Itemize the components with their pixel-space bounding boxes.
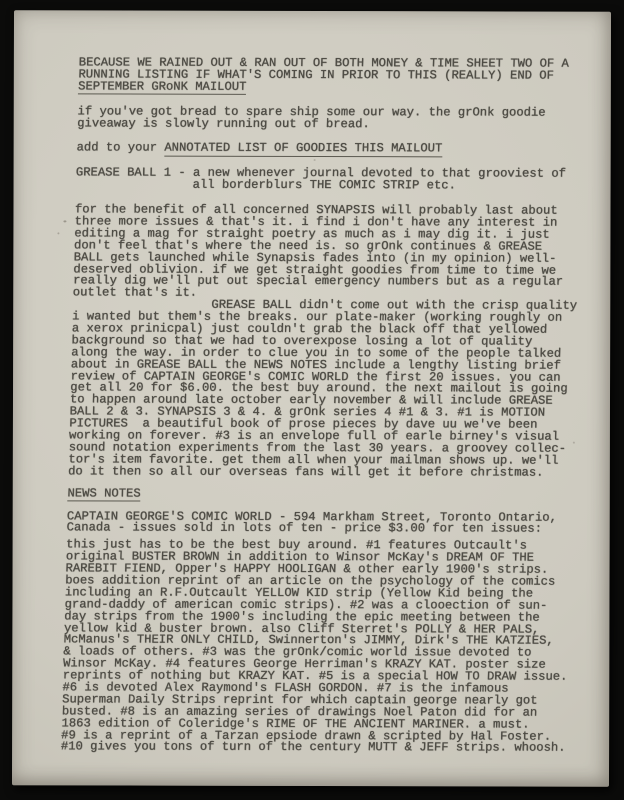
- bread-paragraph: if you've got bread to spare ship some o…: [77, 106, 598, 131]
- text-segment: #10 gives you tons of turn of the centur…: [61, 740, 566, 755]
- paper-speck: [63, 220, 66, 222]
- text-line: all borderblurs THE COMIC STRIP etc.: [75, 180, 595, 193]
- text-line: Canada - issues sold in lots of ten - pr…: [66, 523, 586, 536]
- text-line: do it then so all our overseas fans will…: [68, 466, 588, 479]
- goodies-line: add to your ANNOTATED LIST OF GOODIES TH…: [76, 143, 596, 156]
- scanned-page-background: BECAUSE WE RAINED OUT & RAN OUT OF BOTH …: [0, 0, 624, 800]
- text-line: SEPTEMBER GRoNK MAILOUT: [78, 81, 598, 94]
- text-line: giveaway is slowly running out of bread.: [77, 118, 597, 131]
- text-segment: do it then so all our overseas fans will…: [68, 464, 544, 479]
- news-notes-heading: NEWS NOTES: [67, 488, 587, 501]
- text-line: NEWS NOTES: [67, 488, 587, 501]
- paper-speck: [164, 87, 166, 89]
- document-text: BECAUSE WE RAINED OUT & RAN OUT OF BOTH …: [61, 57, 599, 755]
- captain-george-review: this just has to be the best buy around.…: [61, 540, 587, 755]
- captain-george-address: CAPTAIN GEORGE'S COMIC WORLD - 594 Markh…: [66, 511, 587, 536]
- intro-heading: BECAUSE WE RAINED OUT & RAN OUT OF BOTH …: [78, 57, 599, 94]
- grease-ball-quality-paragraph: GREASE BALL didn't come out with the cri…: [68, 300, 593, 480]
- synapsis-paragraph: for the benefit of all concerned SYNAPSI…: [73, 205, 595, 301]
- paper-speck: [57, 232, 59, 234]
- text-segment: all borderblurs THE COMIC STRIP etc.: [75, 178, 456, 193]
- underlined-text: ANNOTATED LIST OF GOODIES THIS MAILOUT: [164, 141, 442, 157]
- text-line: add to your ANNOTATED LIST OF GOODIES TH…: [76, 143, 596, 156]
- text-segment: add to your: [76, 141, 164, 155]
- text-segment: Canada - issues sold in lots of ten - pr…: [66, 521, 542, 536]
- grease-ball-entry: GREASE BALL 1 - a new whenever journal d…: [75, 168, 596, 193]
- text-segment: giveaway is slowly running out of bread.: [77, 116, 370, 131]
- paper-speck: [314, 159, 316, 161]
- paper-sheet: BECAUSE WE RAINED OUT & RAN OUT OF BOTH …: [12, 10, 611, 787]
- underlined-text: NEWS NOTES: [67, 486, 141, 502]
- paper-speck: [573, 442, 575, 444]
- text-line: #10 gives you tons of turn of the centur…: [61, 742, 581, 755]
- underlined-text: SEPTEMBER GRoNK MAILOUT: [78, 79, 247, 95]
